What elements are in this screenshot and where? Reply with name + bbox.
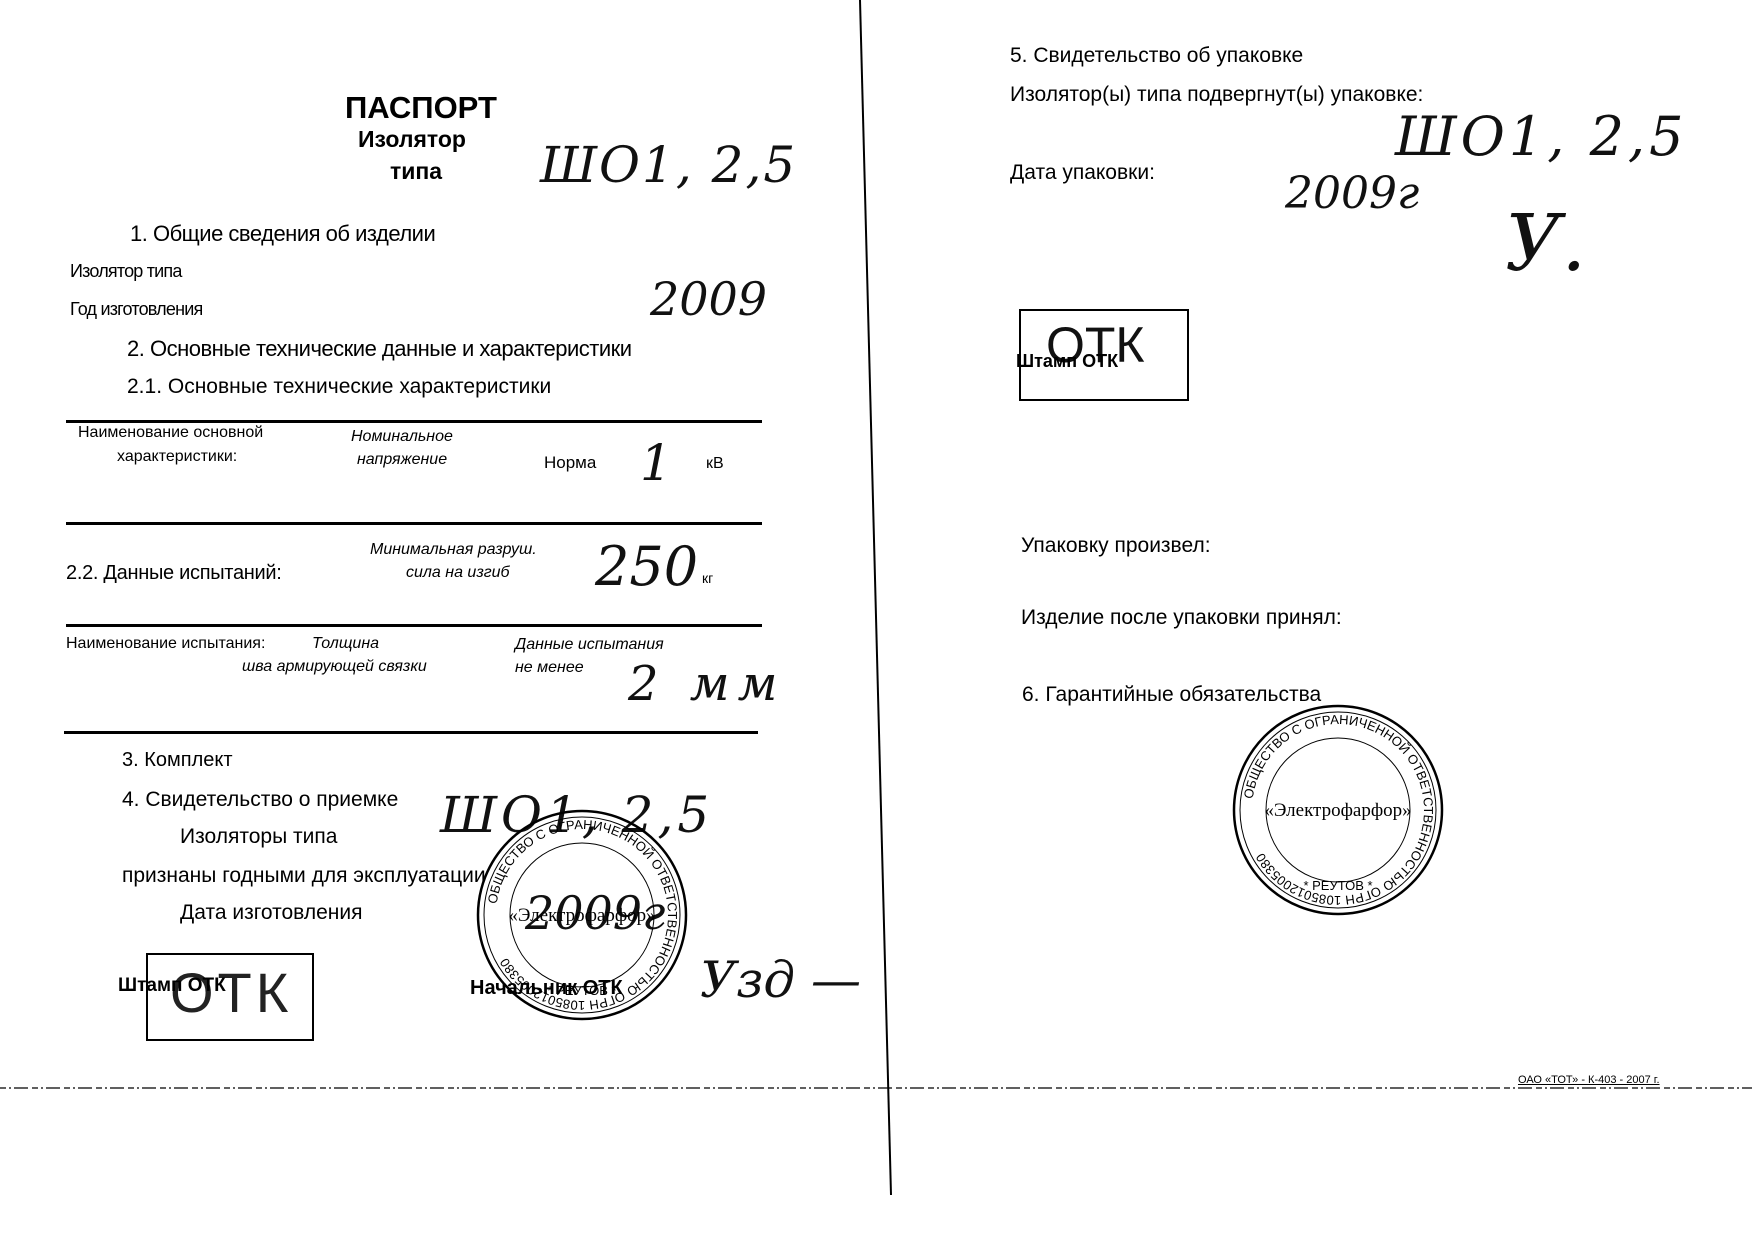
handwritten-pack-signature: У. <box>1505 205 1586 283</box>
table-rule-4 <box>64 731 758 734</box>
accepted-after-label: Изделие после упаковки принял: <box>1021 607 1342 628</box>
main-char-label-1: Наименование основной <box>78 425 263 441</box>
otk-stamp-label-left: Штамп ОТК <box>118 976 226 995</box>
section1-heading: 1. Общие сведения об изделии <box>130 223 435 245</box>
min-force-label-2: сила на изгиб <box>406 565 510 581</box>
manufacture-date-label: Дата изготовления <box>180 902 362 923</box>
subtitle-insulator: Изолятор <box>358 128 466 151</box>
test-data-label-2: не менее <box>515 660 584 676</box>
handwritten-year: 2009 <box>650 276 767 322</box>
min-force-label-1: Минимальная разруш. <box>370 542 537 558</box>
test-name-1: Толщина <box>312 636 379 652</box>
section4-heading: 4. Свидетельство о приемке <box>122 789 398 810</box>
packed-by-label: Упаковку произвел: <box>1021 535 1211 556</box>
norm-label: Норма <box>544 454 596 471</box>
svg-text:«Электрофарфор»: «Электрофарфор» <box>1264 800 1411 821</box>
handwritten-packed-type: ШО1, 2,5 <box>1395 110 1687 164</box>
svg-text:«Электрофарфор»: «Электрофарфор» <box>508 905 655 926</box>
test-name-2: шва армирующей связки <box>242 659 427 675</box>
insulator-type-label: Изолятор типа <box>70 262 182 280</box>
section3-heading: 3. Комплект <box>122 750 233 770</box>
main-char-name-1: Номинальное <box>351 429 453 445</box>
year-label: Год изготовления <box>70 300 202 318</box>
handwritten-type: ШО1, 2,5 <box>540 140 797 190</box>
packed-label: Изолятор(ы) типа подвергнут(ы) упаковке: <box>1010 84 1423 105</box>
section21-heading: 2.1. Основные технические характеристики <box>127 376 551 397</box>
section5-heading: 5. Свидетельство об упаковке <box>1010 45 1303 66</box>
handwritten-force-value: 250 <box>595 540 698 594</box>
round-stamp-right: ОБЩЕСТВО С ОГРАНИЧЕННОЙ ОТВЕТСТВЕННОСТЬЮ… <box>1228 700 1448 920</box>
table-rule-3 <box>66 624 762 627</box>
handwritten-test-value: 2 мм <box>628 660 785 708</box>
main-char-label-2: характеристики: <box>117 449 237 465</box>
norm-unit: кВ <box>706 456 724 472</box>
round-stamp-left: ОБЩЕСТВО С ОГРАНИЧЕННОЙ ОТВЕТСТВЕННОСТЬЮ… <box>472 805 692 1025</box>
test-data-label-1: Данные испытания <box>515 637 664 653</box>
section2-heading: 2. Основные технические данные и характе… <box>127 338 632 360</box>
form-footer-code: ОАО «ТОТ» - К-403 - 2007 г. <box>1518 1075 1660 1086</box>
svg-text:* РЕУТОВ *: * РЕУТОВ * <box>1303 878 1372 893</box>
force-unit: кг <box>702 571 713 585</box>
qc-chief-signature: Узд — <box>700 955 861 1005</box>
svg-text:* РЕУТОВ *: * РЕУТОВ * <box>547 983 616 998</box>
test-name-label: Наименование испытания: <box>66 636 265 652</box>
main-char-name-2: напряжение <box>357 452 447 468</box>
section22-heading: 2.2. Данные испытаний: <box>66 563 282 583</box>
handwritten-pack-date: 2009г <box>1285 172 1419 216</box>
handwritten-norm-value: 1 <box>640 438 672 488</box>
document-title: ПАСПОРТ <box>345 92 497 123</box>
subtitle-type: типа <box>390 160 442 183</box>
insulators-type-label: Изоляторы типа <box>180 826 337 847</box>
table-rule-1 <box>66 420 762 423</box>
table-rule-2 <box>66 522 762 525</box>
otk-stamp-label-right: Штамп ОТК <box>1016 352 1118 370</box>
pack-date-label: Дата упаковки: <box>1010 162 1155 183</box>
accepted-text: признаны годными для эксплуатации <box>122 865 486 886</box>
